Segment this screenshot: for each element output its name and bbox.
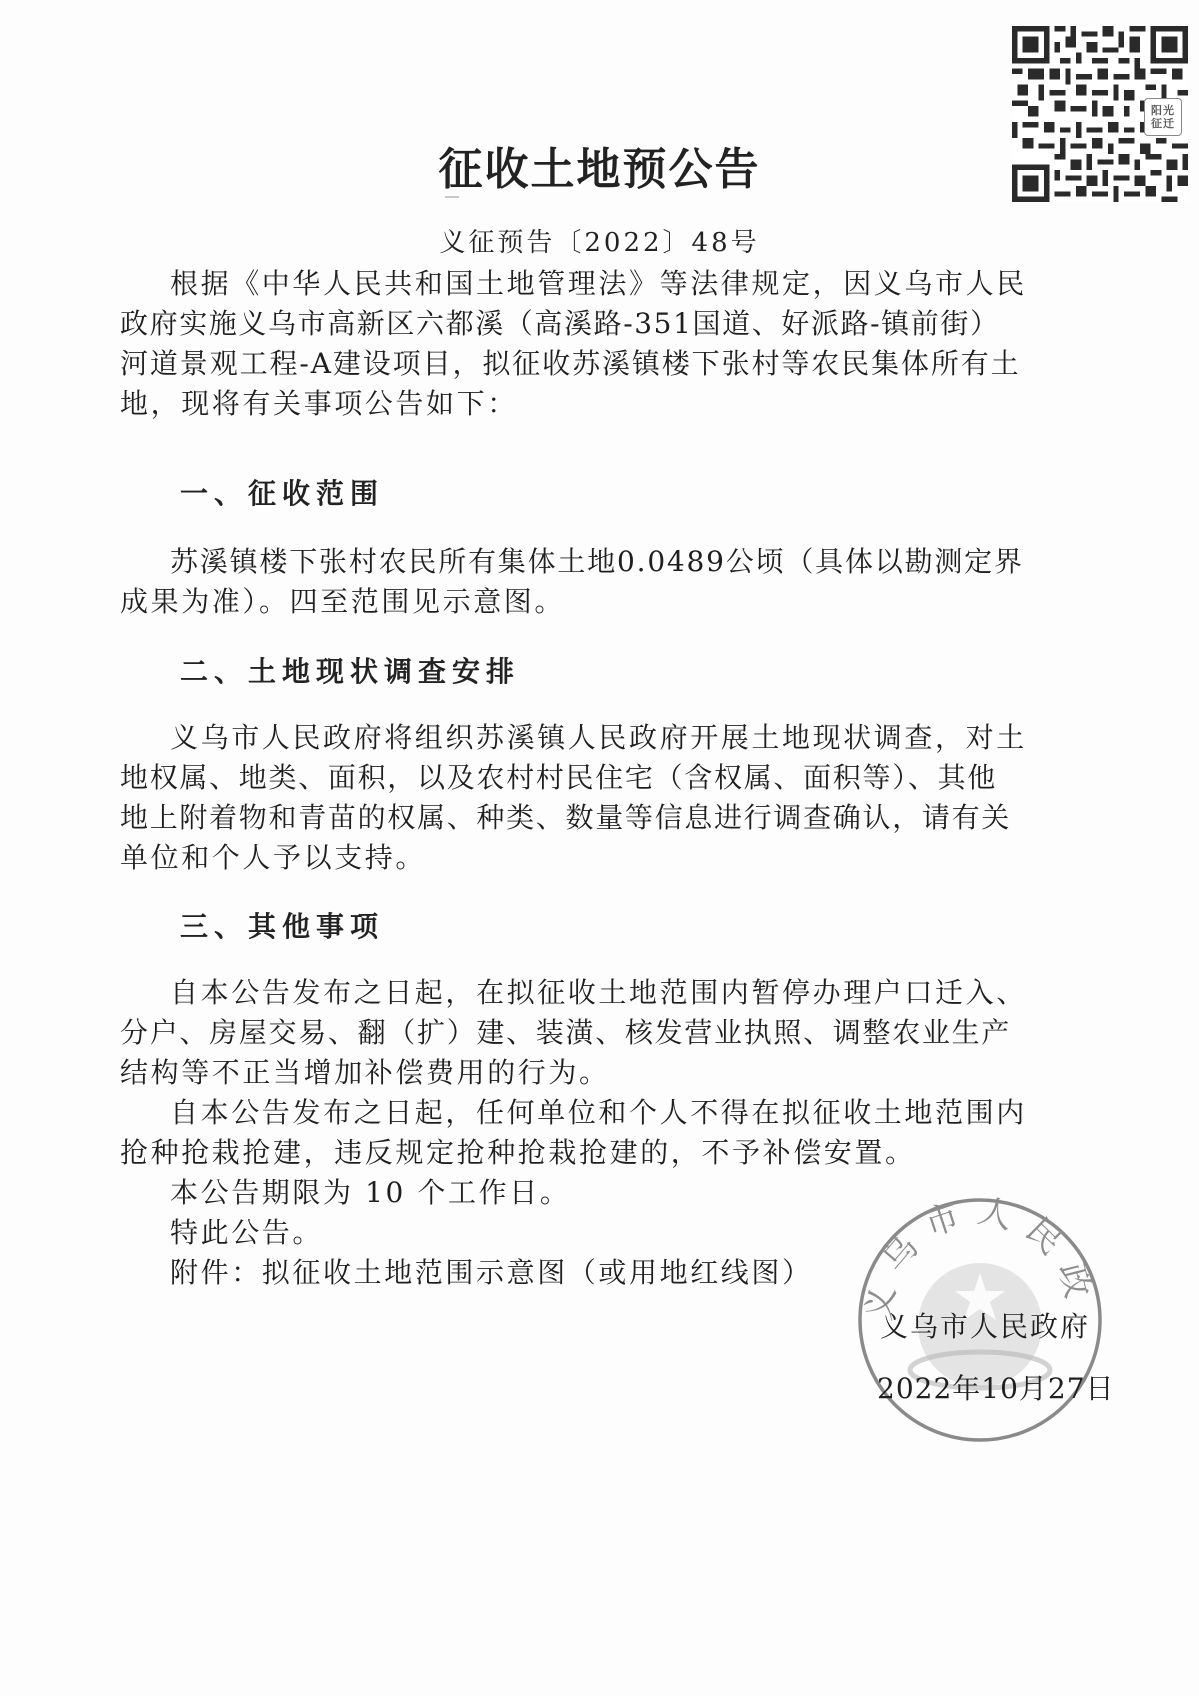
section-line: 地权属、地类、面积，以及农村村民住宅（含权属、面积等）、其他 [120, 758, 1110, 798]
issuer-name: 义乌市人民政府 [880, 1305, 1090, 1345]
section-heading-other: 三、其他事项 [180, 905, 384, 945]
section-line: 抢种抢栽抢建，违反规定抢种抢栽抢建的，不予补偿安置。 [120, 1133, 1110, 1173]
section-line: 单位和个人予以支持。 [120, 838, 1110, 878]
qr-badge-line1: 阳光 [1151, 104, 1175, 117]
intro-paragraph: 根据《中华人民共和国土地管理法》等法律规定，因义乌市人民 政府实施义乌市高新区六… [120, 264, 1110, 424]
section-line: 分户、房屋交易、翻（扩）建、装潢、核发营业执照、调整农业生产 [120, 1013, 1110, 1053]
section-heading-survey: 二、土地现状调查安排 [180, 650, 520, 690]
section-line: 结构等不正当增加补偿费用的行为。 [120, 1053, 1110, 1093]
document-page: 阳光 征迁 征收土地预公告 义征预告〔2022〕48号 根据《中华人民共和国土地… [0, 0, 1199, 1696]
qr-badge: 阳光 征迁 [1144, 98, 1182, 136]
section-line: 自本公告发布之日起，在拟征收土地范围内暂停办理户口迁入、 [120, 973, 1110, 1013]
issue-date: 2022年10月27日 [877, 1367, 1115, 1407]
intro-line: 地，现将有关事项公告如下： [120, 384, 1110, 424]
section-line: 地上附着物和青苗的权属、种类、数量等信息进行调查确认，请有关 [120, 798, 1110, 838]
intro-line: 根据《中华人民共和国土地管理法》等法律规定，因义乌市人民 [120, 264, 1110, 304]
qr-badge-line2: 征迁 [1151, 117, 1175, 130]
section-heading-scope: 一、征收范围 [180, 472, 384, 512]
intro-line: 河道景观工程-A建设项目，拟征收苏溪镇楼下张村等农民集体所有土 [120, 344, 1110, 384]
page-title: 征收土地预公告 [0, 133, 1199, 197]
section-survey-body: 义乌市人民政府将组织苏溪镇人民政府开展土地现状调查，对土 地权属、地类、面积，以… [120, 718, 1110, 878]
section-line: 成果为准）。四至范围见示意图。 [120, 582, 1110, 622]
intro-line: 政府实施义乌市高新区六都溪（高溪路-351国道、好派路-镇前街） [120, 304, 1110, 344]
section-scope-body: 苏溪镇楼下张村农民所有集体土地0.0489公顷（具体以勘测定界 成果为准）。四至… [120, 542, 1110, 622]
document-number: 义征预告〔2022〕48号 [0, 222, 1199, 259]
section-line: 自本公告发布之日起，任何单位和个人不得在拟征收土地范围内 [120, 1093, 1110, 1133]
section-line: 义乌市人民政府将组织苏溪镇人民政府开展土地现状调查，对土 [120, 718, 1110, 758]
section-line: 苏溪镇楼下张村农民所有集体土地0.0489公顷（具体以勘测定界 [120, 542, 1110, 582]
section-other-body: 自本公告发布之日起，在拟征收土地范围内暂停办理户口迁入、 分户、房屋交易、翻（扩… [120, 973, 1110, 1173]
